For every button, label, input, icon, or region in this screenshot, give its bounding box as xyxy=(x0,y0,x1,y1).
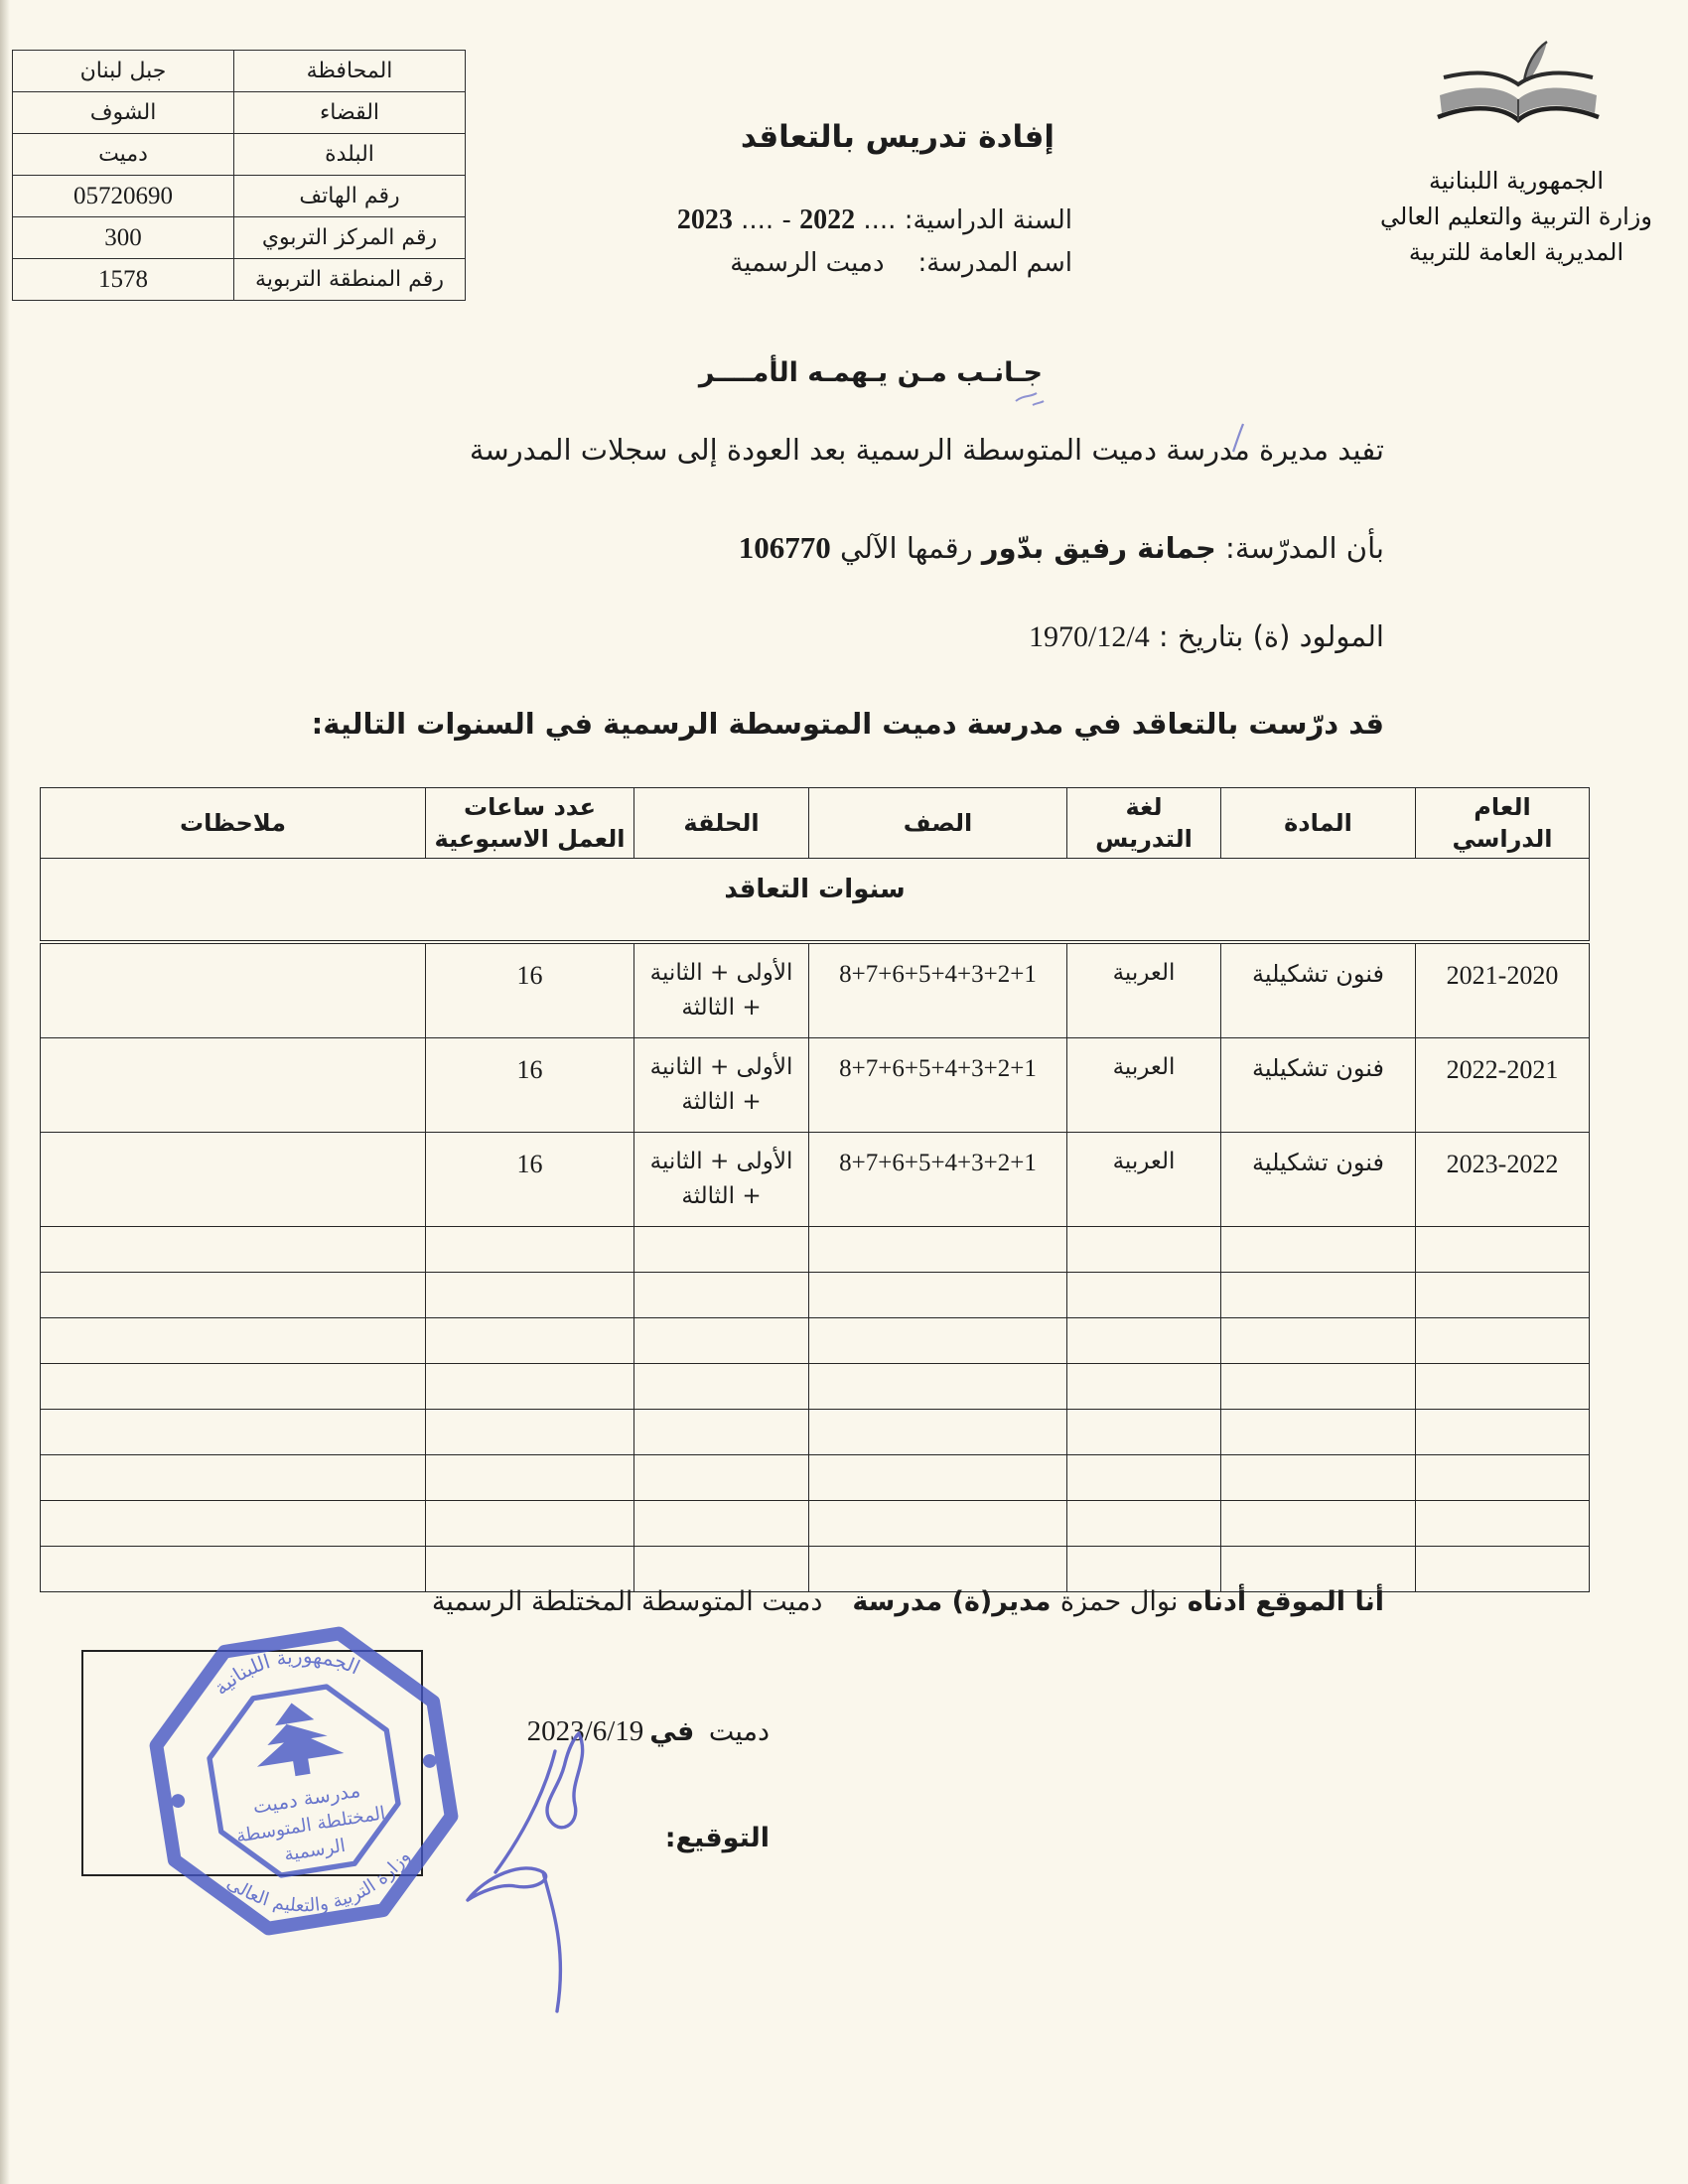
empty-cell xyxy=(1221,1318,1416,1364)
table-header-row: العام الدراسيالمادةلغة التدريسالصفالحلقة… xyxy=(41,788,1590,859)
empty-cell xyxy=(1221,1227,1416,1273)
school-year-line: السنة الدراسية: .... 2022 - .... 2023 xyxy=(606,199,1072,243)
cell-year: 2022-2021 xyxy=(1416,1038,1590,1133)
stray-ink-mark xyxy=(1013,385,1047,411)
table-row: 2022-2021فنون تشكيليةالعربية8+7+6+5+4+3+… xyxy=(41,1038,1590,1133)
cell-hours: 16 xyxy=(426,1133,634,1227)
cell-subject: فنون تشكيلية xyxy=(1221,942,1416,1038)
info-value: 1578 xyxy=(13,259,234,301)
empty-cell xyxy=(809,1227,1067,1273)
info-value: 05720690 xyxy=(13,176,234,217)
cell-subject: فنون تشكيلية xyxy=(1221,1038,1416,1133)
signature-ink xyxy=(452,1725,670,2023)
info-label: القضاء xyxy=(234,92,466,134)
empty-cell xyxy=(1221,1501,1416,1547)
empty-cell xyxy=(1067,1227,1221,1273)
stamp-outer-octagon xyxy=(144,1621,465,1942)
cell-language: العربية xyxy=(1067,942,1221,1038)
contract-table-title-row: سنوات التعاقد xyxy=(41,859,1590,943)
column-header: الحلقة xyxy=(634,788,809,859)
teacher-number-label: رقمها الآلي xyxy=(831,531,982,565)
teacher-number: 106770 xyxy=(739,530,831,565)
empty-cell xyxy=(1416,1227,1590,1273)
stray-ink-slash xyxy=(1229,421,1247,455)
scan-edge-shadow xyxy=(0,0,10,2184)
empty-cell xyxy=(41,1318,426,1364)
contract-table-header-row: العام الدراسيالمادةلغة التدريسالصفالحلقة… xyxy=(41,788,1590,859)
empty-cell xyxy=(809,1273,1067,1318)
column-header: عدد ساعات العمل الاسبوعية xyxy=(426,788,634,859)
empty-table-row xyxy=(41,1455,1590,1501)
body-line-2: بأن المدرّسة: جمانة رفيق بدّور رقمها الآ… xyxy=(739,530,1384,566)
ministry-line-republic: الجمهورية اللبنانية xyxy=(1350,163,1682,199)
empty-cell xyxy=(1221,1547,1416,1592)
empty-cell xyxy=(634,1273,809,1318)
cell-notes xyxy=(41,1038,426,1133)
school-year-block: السنة الدراسية: .... 2022 - .... 2023 اس… xyxy=(606,199,1072,284)
empty-cell xyxy=(41,1410,426,1455)
empty-cell xyxy=(1221,1273,1416,1318)
column-header: العام الدراسي xyxy=(1416,788,1590,859)
empty-cell xyxy=(1067,1273,1221,1318)
info-label: البلدة xyxy=(234,134,466,176)
empty-cell xyxy=(634,1227,809,1273)
birth-date: 1970/12/4 xyxy=(1029,620,1150,653)
stamp-center-line3: الرسمية xyxy=(283,1836,348,1865)
place-name: دميت xyxy=(700,1716,770,1747)
empty-table-row xyxy=(41,1501,1590,1547)
info-value: 300 xyxy=(13,217,234,259)
cell-cycle: الأولى + الثانية + الثالثة xyxy=(634,1038,809,1133)
empty-cell xyxy=(809,1364,1067,1410)
empty-cell xyxy=(426,1273,634,1318)
empty-cell xyxy=(1416,1273,1590,1318)
empty-cell xyxy=(634,1364,809,1410)
contract-table-body: 2021-2020فنون تشكيليةالعربية8+7+6+5+4+3+… xyxy=(41,942,1590,1592)
info-value: دميت xyxy=(13,134,234,176)
birth-label: المولود (ة) بتاريخ : xyxy=(1150,619,1384,653)
empty-cell xyxy=(809,1410,1067,1455)
empty-cell xyxy=(426,1547,634,1592)
cell-language: العربية xyxy=(1067,1133,1221,1227)
contract-years-table: سنوات التعاقد العام الدراسيالمادةلغة الت… xyxy=(40,787,1590,1592)
body-line-3: المولود (ة) بتاريخ : 1970/12/4 xyxy=(1029,619,1384,654)
empty-cell xyxy=(426,1227,634,1273)
admin-info-body: المحافظةجبل لبنانالقضاءالشوفالبلدةدميترق… xyxy=(13,51,466,301)
cell-grades: 8+7+6+5+4+3+2+1 xyxy=(809,942,1067,1038)
empty-cell xyxy=(1416,1318,1590,1364)
empty-cell xyxy=(1067,1410,1221,1455)
cell-language: العربية xyxy=(1067,1038,1221,1133)
empty-cell xyxy=(426,1410,634,1455)
empty-table-row xyxy=(41,1318,1590,1364)
cell-grades: 8+7+6+5+4+3+2+1 xyxy=(809,1038,1067,1133)
empty-cell xyxy=(426,1364,634,1410)
empty-cell xyxy=(41,1547,426,1592)
empty-cell xyxy=(809,1318,1067,1364)
book-top-arc xyxy=(1444,73,1593,84)
info-row: القضاءالشوف xyxy=(13,92,466,134)
empty-cell xyxy=(1416,1455,1590,1501)
teacher-prefix: بأن المدرّسة: xyxy=(1216,531,1384,565)
info-label: رقم الهاتف xyxy=(234,176,466,217)
cell-year: 2021-2020 xyxy=(1416,942,1590,1038)
empty-cell xyxy=(1067,1501,1221,1547)
empty-cell xyxy=(1221,1410,1416,1455)
column-header: المادة xyxy=(1221,788,1416,859)
info-row: رقم الهاتف05720690 xyxy=(13,176,466,217)
school-year-end: 2023 xyxy=(677,205,733,235)
empty-cell xyxy=(426,1501,634,1547)
empty-cell xyxy=(634,1501,809,1547)
empty-cell xyxy=(426,1455,634,1501)
teacher-name: جمانة رفيق بدّور xyxy=(982,531,1216,565)
cell-cycle: الأولى + الثانية + الثالثة xyxy=(634,942,809,1038)
info-value: الشوف xyxy=(13,92,234,134)
empty-cell xyxy=(634,1547,809,1592)
info-label: رقم المركز التربوي xyxy=(234,217,466,259)
empty-cell xyxy=(1416,1364,1590,1410)
empty-cell xyxy=(634,1318,809,1364)
principal-name: نوال حمزة xyxy=(1060,1586,1179,1617)
school-year-label: السنة الدراسية: xyxy=(905,205,1072,235)
empty-table-row xyxy=(41,1410,1590,1455)
info-label: المحافظة xyxy=(234,51,466,92)
empty-cell xyxy=(634,1455,809,1501)
empty-table-row xyxy=(41,1364,1590,1410)
school-name-line: اسم المدرسة:دميت الرسمية xyxy=(606,243,1072,285)
school-year-separator: - .... xyxy=(733,205,799,235)
body-line-4: قد درّست بالتعاقد في مدرسة دميت المتوسطة… xyxy=(312,707,1384,741)
empty-cell xyxy=(1067,1547,1221,1592)
declaration-line: أنا الموقع أدناه نوال حمزة مدير(ة) مدرسة… xyxy=(432,1586,1384,1617)
empty-table-row xyxy=(41,1273,1590,1318)
column-header: لغة التدريس xyxy=(1067,788,1221,859)
cell-grades: 8+7+6+5+4+3+2+1 xyxy=(809,1133,1067,1227)
cell-hours: 16 xyxy=(426,1038,634,1133)
empty-cell xyxy=(41,1364,426,1410)
cell-notes xyxy=(41,1133,426,1227)
column-header: الصف xyxy=(809,788,1067,859)
info-value: جبل لبنان xyxy=(13,51,234,92)
empty-table-row xyxy=(41,1547,1590,1592)
school-stamp: مدرسة دميت المختلطة المتوسطة الرسمية الج… xyxy=(137,1614,471,1948)
cell-hours: 16 xyxy=(426,942,634,1038)
empty-cell xyxy=(809,1501,1067,1547)
scanned-document-page: { "info_table": { "rows": [ {"label": "ا… xyxy=(0,0,1688,2184)
school-name-label: اسم المدرسة: xyxy=(918,248,1072,278)
empty-cell xyxy=(634,1410,809,1455)
info-row: رقم المركز التربوي300 xyxy=(13,217,466,259)
empty-cell xyxy=(1416,1547,1590,1592)
signature-label: التوقيع: xyxy=(665,1823,770,1853)
empty-cell xyxy=(41,1501,426,1547)
info-label: رقم المنطقة التربوية xyxy=(234,259,466,301)
cell-year: 2023-2022 xyxy=(1416,1133,1590,1227)
contract-table-title: سنوات التعاقد xyxy=(41,859,1590,943)
salutation-line: جـانـب مـن يـهمـه الأمــــر xyxy=(699,357,1043,388)
empty-cell xyxy=(1416,1501,1590,1547)
ministry-line-directorate: المديرية العامة للتربية xyxy=(1350,234,1682,270)
empty-cell xyxy=(1416,1410,1590,1455)
document-title: إفادة تدريس بالتعاقد xyxy=(683,119,1112,155)
info-row: رقم المنطقة التربوية1578 xyxy=(13,259,466,301)
open-book-quill-icon xyxy=(1422,40,1611,157)
empty-cell xyxy=(1221,1364,1416,1410)
column-header: ملاحظات xyxy=(41,788,426,859)
principal-role: مدير(ة) مدرسة xyxy=(852,1586,1059,1617)
school-name-value: دميت الرسمية xyxy=(730,248,884,278)
empty-cell xyxy=(1067,1364,1221,1410)
empty-table-row xyxy=(41,1227,1590,1273)
empty-cell xyxy=(809,1547,1067,1592)
table-row: 2023-2022فنون تشكيليةالعربية8+7+6+5+4+3+… xyxy=(41,1133,1590,1227)
empty-cell xyxy=(1067,1318,1221,1364)
cell-cycle: الأولى + الثانية + الثالثة xyxy=(634,1133,809,1227)
ministry-line-ministry: وزارة التربية والتعليم العالي xyxy=(1350,199,1682,234)
empty-cell xyxy=(41,1227,426,1273)
table-row: 2021-2020فنون تشكيليةالعربية8+7+6+5+4+3+… xyxy=(41,942,1590,1038)
ministry-header: الجمهورية اللبنانية وزارة التربية والتعل… xyxy=(1350,40,1682,270)
school-year-start: 2022 xyxy=(799,205,855,235)
info-row: المحافظةجبل لبنان xyxy=(13,51,466,92)
cedar-tree-icon xyxy=(248,1697,347,1782)
info-row: البلدةدميت xyxy=(13,134,466,176)
empty-cell xyxy=(1067,1455,1221,1501)
empty-cell xyxy=(41,1455,426,1501)
admin-info-table: المحافظةجبل لبنانالقضاءالشوفالبلدةدميترق… xyxy=(12,50,466,301)
empty-cell xyxy=(1221,1455,1416,1501)
empty-cell xyxy=(426,1318,634,1364)
empty-cell xyxy=(809,1455,1067,1501)
school-year-dots: .... xyxy=(855,205,905,235)
cell-subject: فنون تشكيلية xyxy=(1221,1133,1416,1227)
declaration-intro: أنا الموقع أدناه xyxy=(1178,1586,1384,1617)
cell-notes xyxy=(41,942,426,1038)
empty-cell xyxy=(41,1273,426,1318)
declaration-school-name: دميت المتوسطة المختلطة الرسمية xyxy=(432,1586,823,1617)
